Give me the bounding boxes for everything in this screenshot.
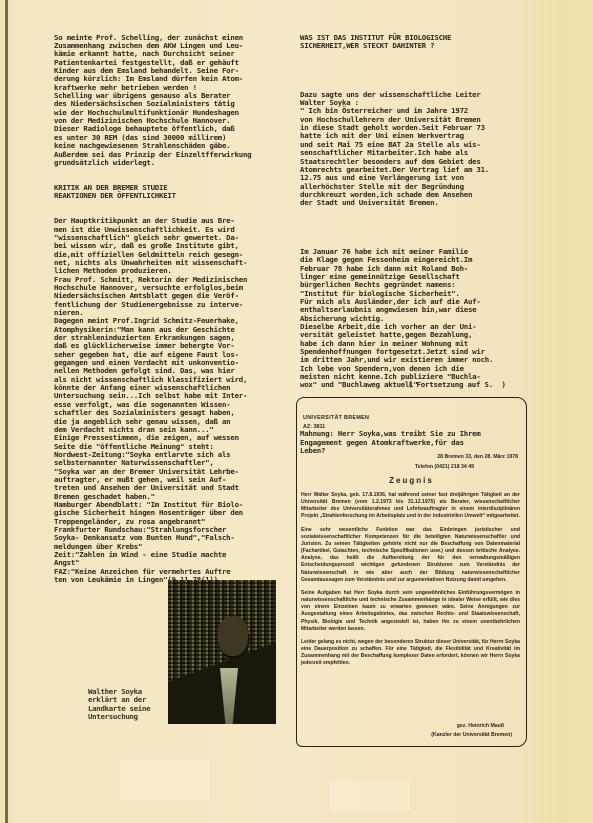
- certificate-phone: Telefon (0421) 218 34 49: [415, 464, 474, 470]
- left-paragraph-1: So meinte Prof. Schelling, der zunächst …: [54, 34, 294, 168]
- certificate-reference: AZ: 3811: [303, 424, 325, 430]
- certificate-box: UNIVERSITÄT BREMEN AZ: 3811 28 Bremen 33…: [296, 397, 527, 747]
- heading-line: REAKTIONEN DER ÖFFENTLICHKEIT: [54, 192, 294, 200]
- certificate-signature-role: (Kanzler der Universität Bremen): [431, 732, 512, 738]
- text-line: grundsätzlich widerlegt.: [54, 159, 294, 167]
- section-heading-critique: KRITIK AN DER BREMER STUDIEREAKTIONEN DE…: [54, 184, 294, 201]
- left-column: So meinte Prof. Schelling, der zunächst …: [54, 17, 294, 601]
- certificate-signature: gez. Heinrich Mauß: [457, 723, 504, 729]
- caption-line: Untersuchung: [88, 713, 150, 721]
- right-paragraph-2: Im Januar 76 habe ich mit meiner Familie…: [300, 248, 530, 390]
- continuation-note: ( Fortsetzung auf S. ): [408, 380, 506, 389]
- document-page: So meinte Prof. Schelling, der zunächst …: [0, 0, 593, 823]
- certificate-title: Zeugnis: [297, 476, 526, 485]
- left-paragraph-2: Der Hauptkritikpunkt an der Studie aus B…: [54, 217, 294, 584]
- heading-line: SICHERHEIT,WER STECKT DAHINTER ?: [300, 42, 530, 50]
- photo-caption: Walther Soykaerklärt an derLandkarte sei…: [88, 688, 150, 722]
- right-paragraph-1: Dazu sagte uns der wissenschaftliche Lei…: [300, 91, 530, 208]
- text-line: der Stadt und Universität Bremen.: [300, 199, 530, 207]
- portrait-photo: [168, 580, 276, 724]
- certificate-paragraph: Eine sehr wesentliche Funktion war das E…: [301, 527, 520, 584]
- text-line: Zeit:"Zahlen im Wind - eine Studie macht…: [54, 551, 294, 559]
- binding-edge: [5, 0, 8, 823]
- certificate-paragraph: Leider gelang es nicht, wegen der besond…: [301, 639, 520, 668]
- certificate-body: Herr Walter Soyka, geb. 17.8.1936, hat w…: [301, 492, 520, 673]
- certificate-paragraph: Seine Aufgaben hat Herr Soyka durch sein…: [301, 590, 520, 633]
- text-line: fentlichung der Studienergebnisse zu int…: [54, 301, 294, 309]
- certificate-paragraph: Herr Walter Soyka, geb. 17.8.1936, hat w…: [301, 492, 520, 521]
- portrait-shirt: [220, 668, 238, 724]
- portrait-face: [218, 616, 248, 656]
- section-heading-institute: WAS IST DAS INSTITUT FÜR BIOLOGISCHESICH…: [300, 34, 530, 51]
- certificate-institution: UNIVERSITÄT BREMEN: [303, 415, 369, 421]
- page-edge: [585, 0, 593, 823]
- certificate-place-date: 28 Bremen 33, den 28. März 1978: [437, 454, 518, 460]
